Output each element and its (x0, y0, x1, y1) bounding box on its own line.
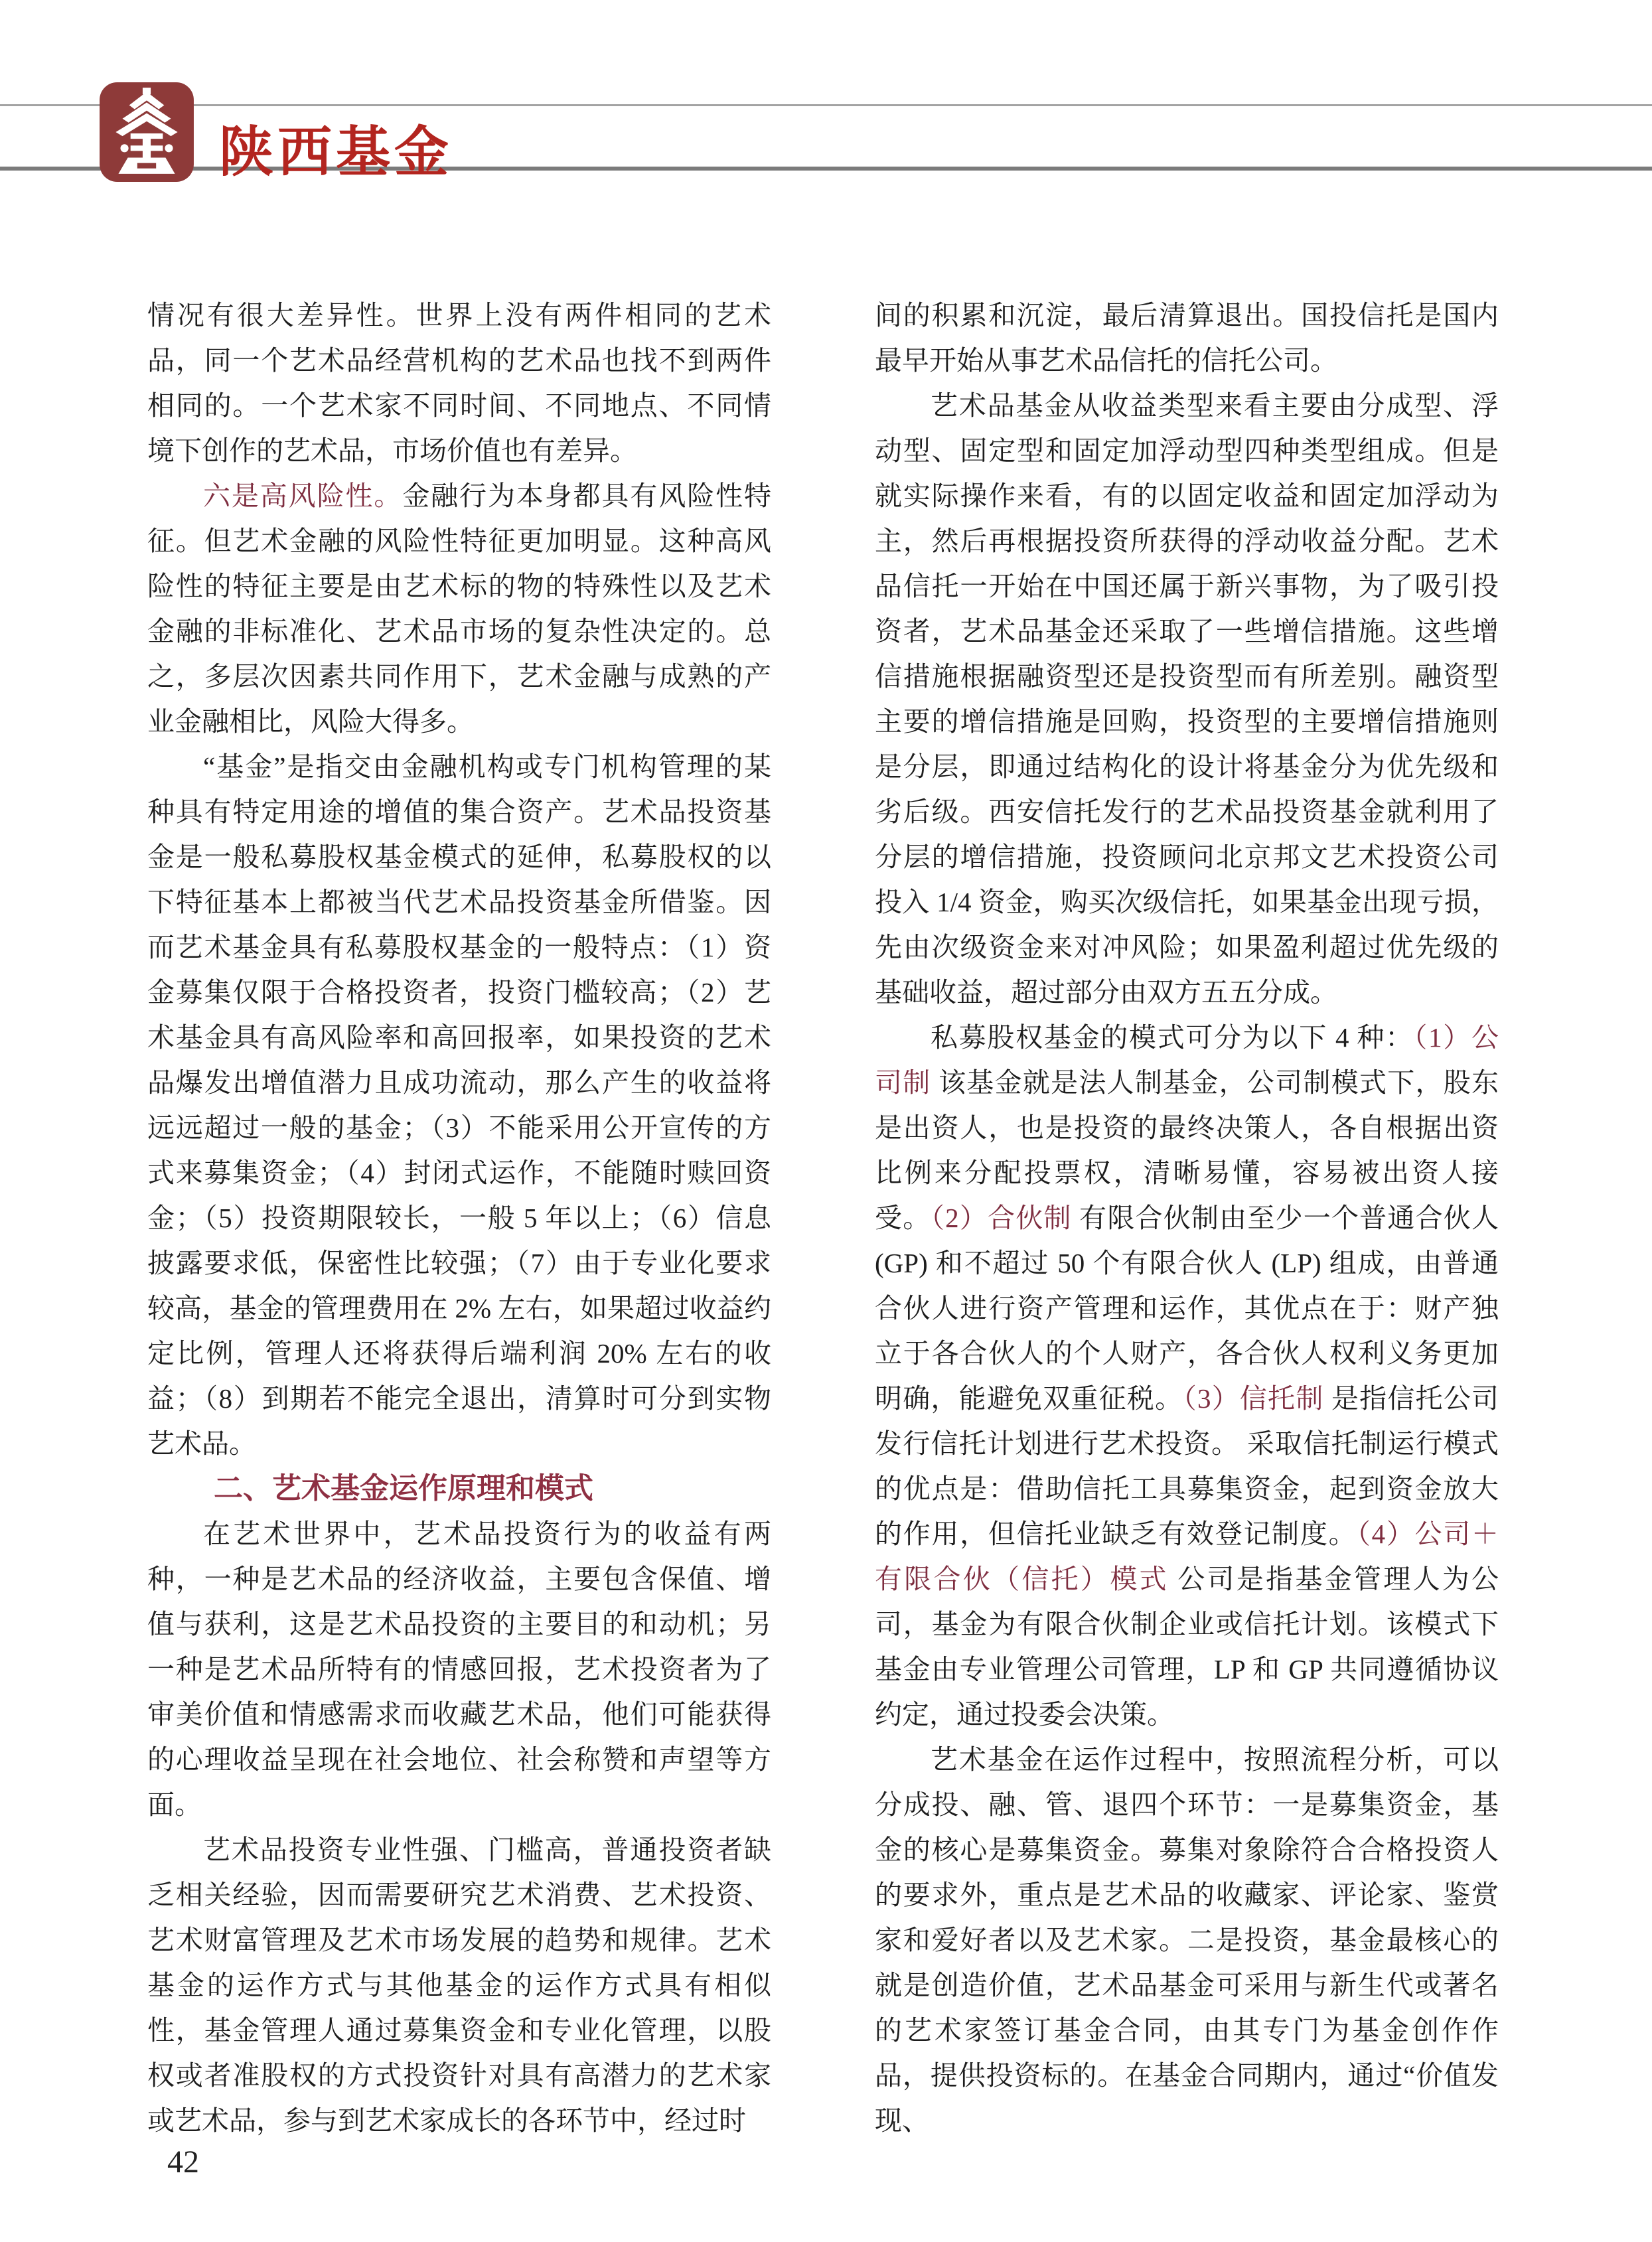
paragraph: 情况有很大差异性。世界上没有两件相同的艺术品，同一个艺术品经营机构的艺术品也找不… (147, 293, 771, 473)
page-number: 42 (167, 2144, 199, 2180)
model-label-trust: （3）信托制 (1183, 1383, 1323, 1414)
magazine-page: 陕西基金 情况有很大差异性。世界上没有两件相同的艺术品，同一个艺术品经营机构的艺… (0, 0, 1652, 2242)
pagoda-seal-icon (100, 82, 194, 182)
model-label-partnership: （2）合伙制 (931, 1203, 1071, 1233)
journal-brand-title: 陕西基金 (219, 109, 453, 187)
paragraph: 在艺术世界中，艺术品投资行为的收益有两种，一种是艺术品的经济收益，主要包含保值、… (147, 1511, 771, 1827)
inline-red-lead: 六是高风险性。 (203, 481, 402, 511)
paragraph-text: 金融行为本身都具有风险性特征。但艺术金融的风险性特征更加明显。这种高风险性的特征… (147, 481, 771, 737)
section-heading: 二、艺术基金运作原理和模式 (147, 1466, 771, 1511)
paragraph-text: 有限合伙制由至少一个普通合伙人 (GP) 和不超过 50 个有限合伙人 (LP)… (875, 1203, 1499, 1414)
paragraph: 艺术品投资专业性强、门槛高，普通投资者缺乏相关经验，因而需要研究艺术消费、艺术投… (147, 1827, 771, 2143)
paragraph: 私募股权基金的模式可分为以下 4 种：（1）公司制 该基金就是法人制基金，公司制… (875, 1015, 1499, 1737)
paragraph: 间的积累和沉淀，最后清算退出。国投信托是国内最早开始从事艺术品信托的信托公司。 (875, 293, 1499, 383)
paragraph: “基金”是指交由金融机构或专门机构管理的某种具有特定用途的增值的集合资产。艺术品… (147, 744, 771, 1466)
paragraph: 六是高风险性。金融行为本身都具有风险性特征。但艺术金融的风险性特征更加明显。这种… (147, 473, 771, 744)
left-column: 情况有很大差异性。世界上没有两件相同的艺术品，同一个艺术品经营机构的艺术品也找不… (147, 293, 771, 2143)
header-rule-thin (0, 104, 1652, 106)
paragraph: 艺术品基金从收益类型来看主要由分成型、浮动型、固定型和固定加浮动型四种类型组成。… (875, 383, 1499, 1015)
paragraph-text: 私募股权基金的模式可分为以下 4 种： (931, 1022, 1414, 1053)
right-column: 间的积累和沉淀，最后清算退出。国投信托是国内最早开始从事艺术品信托的信托公司。 … (875, 293, 1499, 2143)
paragraph: 艺术基金在运作过程中，按照流程分析，可以分成投、融、管、退四个环节：一是募集资金… (875, 1737, 1499, 2143)
